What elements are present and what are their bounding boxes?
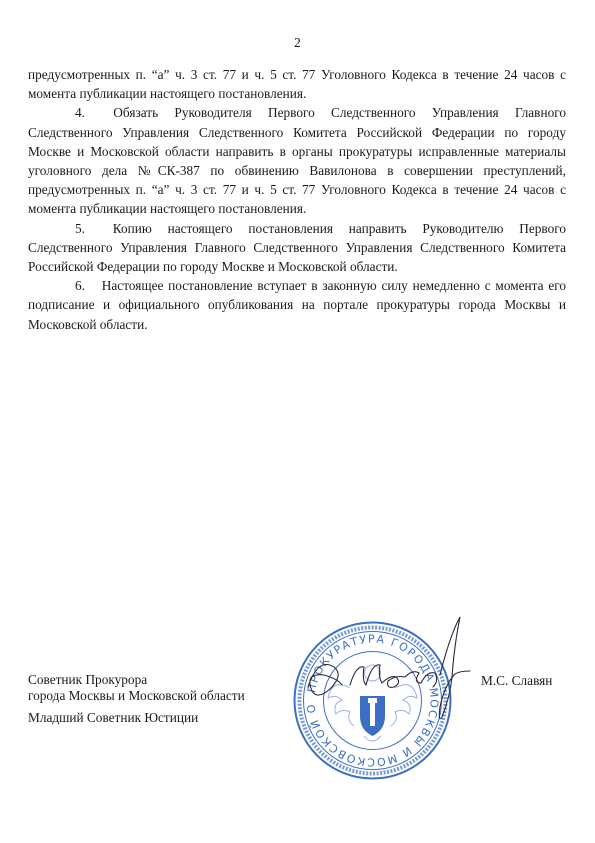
document-body: предусмотренных п. “а” ч. 3 ст. 77 и ч. … bbox=[28, 65, 566, 334]
position-line-2: города Москвы и Московской области bbox=[28, 688, 245, 704]
item-text: Копию настоящего постановления направить… bbox=[28, 221, 566, 274]
item-text: Обязать Руководителя Первого Следственно… bbox=[28, 105, 566, 216]
continuation-paragraph: предусмотренных п. “а” ч. 3 ст. 77 и ч. … bbox=[28, 65, 566, 103]
item-number: 5. bbox=[75, 219, 97, 238]
item-5: 5. Копию настоящего постановления направ… bbox=[28, 219, 566, 277]
rank: Младший Советник Юстиции bbox=[28, 710, 245, 726]
page-number: 2 bbox=[0, 35, 595, 51]
item-number: 6. bbox=[75, 276, 97, 295]
signer-name: М.С. Славян bbox=[481, 673, 552, 689]
handwritten-signature-icon bbox=[300, 615, 480, 725]
item-text: Настоящее постановление вступает в закон… bbox=[28, 278, 566, 331]
item-4: 4. Обязать Руководителя Первого Следстве… bbox=[28, 103, 566, 218]
item-6: 6. Настоящее постановление вступает в за… bbox=[28, 276, 566, 334]
item-number: 4. bbox=[75, 103, 97, 122]
signatory-block: Советник Прокурора города Москвы и Моско… bbox=[28, 672, 245, 726]
position-line-1: Советник Прокурора bbox=[28, 672, 245, 688]
